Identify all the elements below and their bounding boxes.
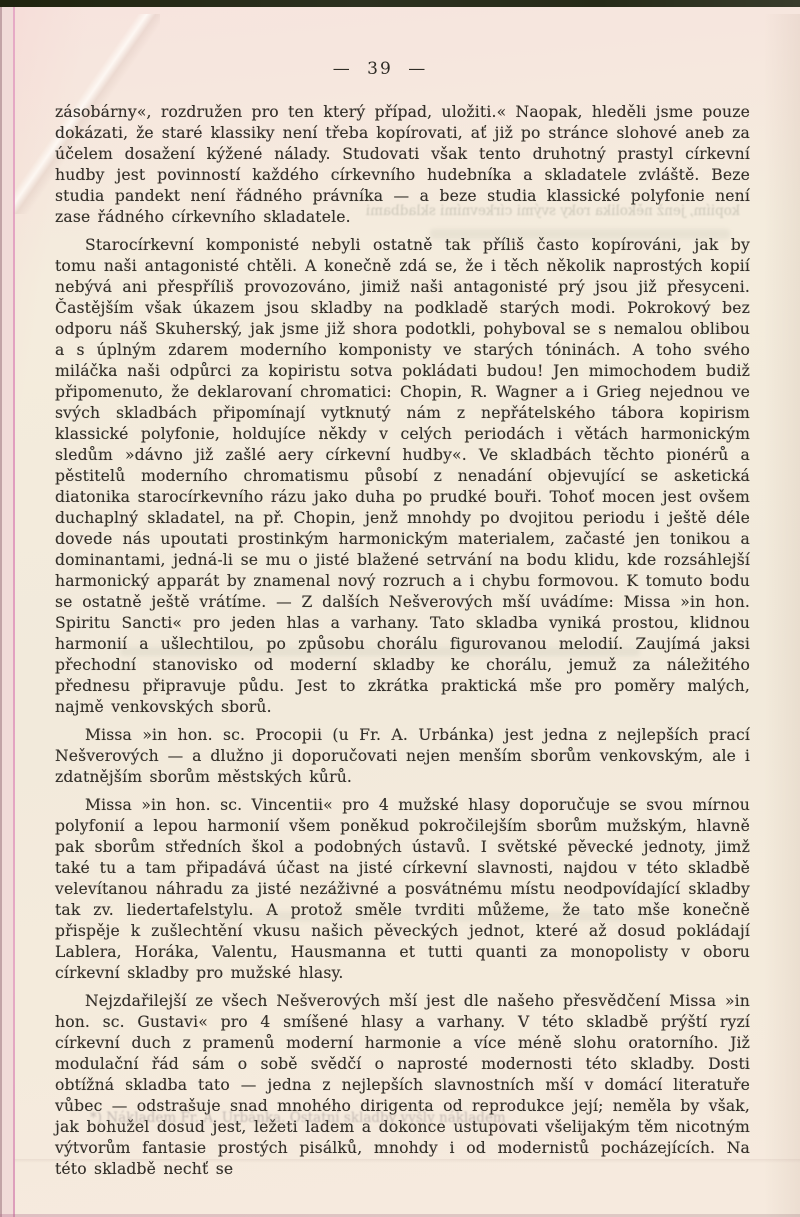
body-paragraph-3: Missa »in hon. sc. Procopii (u Fr. A. Ur…: [55, 725, 750, 788]
page-gutter-edge: [0, 7, 13, 1217]
body-paragraph-2: Starocírkevní komponisté nebyli ostatně …: [55, 235, 750, 718]
scan-shadow-right: [764, 14, 800, 1217]
scan-edge-top: [0, 0, 800, 7]
page-number: — 39 —: [55, 59, 705, 79]
body-paragraph-5: Nejzdařilejší ze všech Nešverových mší j…: [55, 991, 750, 1180]
scan-shadow-bottom: [0, 1159, 800, 1163]
body-paragraph-4: Missa »in hon. sc. Vincentii« pro 4 mužs…: [55, 795, 750, 984]
body-paragraph-1: zásobárny«, rozdružen pro ten který příp…: [55, 102, 750, 228]
page-fold-line: [13, 7, 15, 1217]
body-text: zásobárny«, rozdružen pro ten který příp…: [55, 102, 750, 1180]
scanned-page: kopiím, jenž několika roky svými církevn…: [0, 7, 800, 1217]
